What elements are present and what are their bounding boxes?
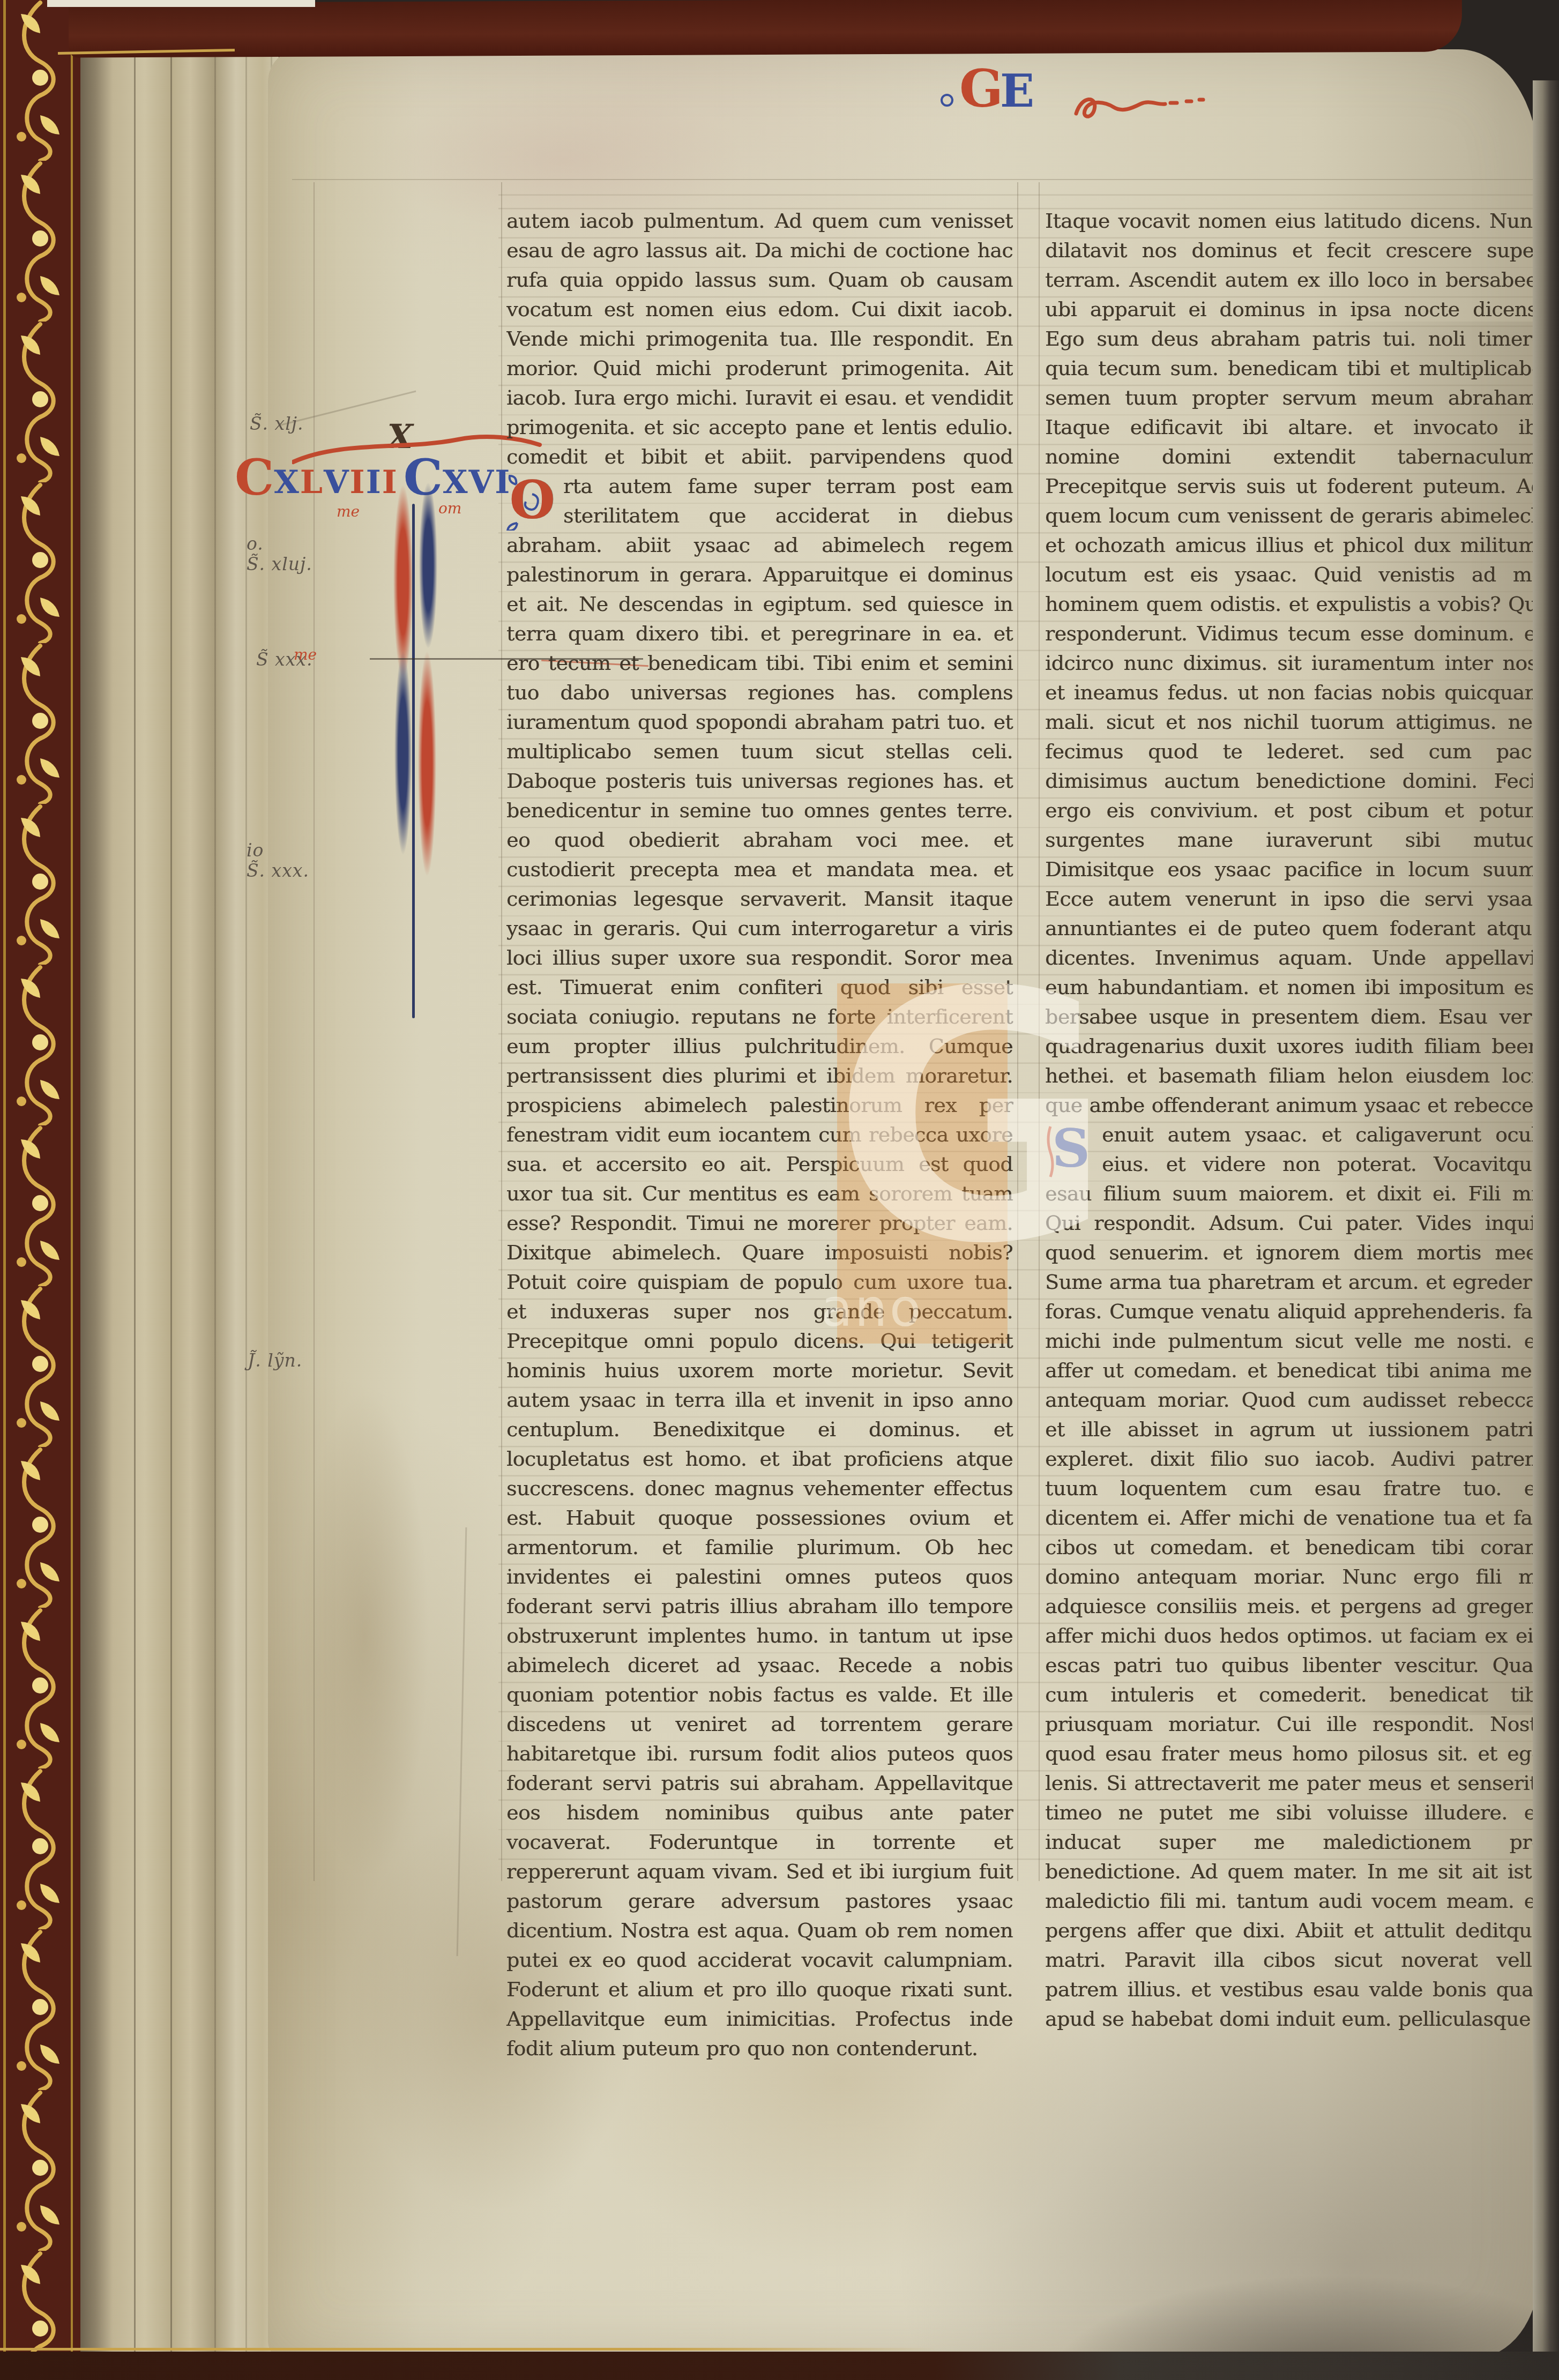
running-title-letter-e: E bbox=[1000, 63, 1034, 119]
numeral-letter: V bbox=[469, 466, 495, 498]
watermark-small-text: ano bbox=[821, 1278, 923, 1338]
chapter-numerals: CXLVIIICXVI bbox=[235, 457, 511, 498]
parchment-stain bbox=[279, 1313, 450, 1956]
chapter-initial-O: O bbox=[506, 474, 558, 531]
pen-flourish-blue bbox=[394, 651, 412, 855]
margin-note-line: J̃. lỹn. bbox=[248, 1351, 302, 1371]
binding-leather-edge bbox=[0, 0, 81, 2380]
numeral-letter: L bbox=[300, 466, 324, 498]
page-fold-line bbox=[170, 0, 172, 2380]
numeral-letter: C bbox=[404, 457, 443, 498]
numeral-letter: I bbox=[350, 466, 366, 498]
margin-note-line: S̃. xluj. bbox=[247, 554, 312, 575]
red-scribble: me bbox=[294, 646, 317, 663]
margin-note-line: S̃. xxx. bbox=[247, 861, 309, 881]
top-cover-edge bbox=[69, 0, 1462, 58]
top-backdrop-sliver bbox=[47, 0, 315, 7]
numeral-letter: X bbox=[443, 466, 469, 498]
pen-flourish-blue bbox=[419, 482, 437, 648]
running-title-GE: G E bbox=[959, 63, 1034, 128]
red-scribble-path bbox=[1072, 80, 1233, 129]
page-fold-line bbox=[245, 0, 247, 2380]
margin-note-line: o. bbox=[247, 534, 312, 554]
quire-dot bbox=[941, 94, 953, 107]
numeral-letter: V bbox=[324, 466, 350, 498]
watermark-letter: G bbox=[832, 919, 1113, 1318]
fore-edge-pages bbox=[1533, 80, 1559, 2380]
gutter-page-edges bbox=[80, 0, 279, 2380]
margin-note: ioS̃. xxx. bbox=[247, 840, 309, 881]
numeral-letter: C bbox=[235, 457, 274, 498]
watermark: G ano bbox=[837, 983, 1008, 1344]
pen-flourish-red bbox=[393, 485, 413, 678]
margin-note: S̃. xlj. bbox=[250, 414, 303, 434]
numeral-group: CXVI bbox=[404, 457, 511, 498]
column-text-block: autem iacob pulmentum. Ad quem cum venis… bbox=[506, 206, 1013, 472]
numeral-group: CXLVIII bbox=[235, 457, 398, 498]
chapter-27-block: S enuit autem ysaac. et caligaverunt ocu… bbox=[1045, 1120, 1543, 2034]
numeral-letter: I bbox=[366, 466, 382, 498]
margin-note: J̃. lỹn. bbox=[248, 1351, 302, 1371]
scribble-annotation bbox=[1072, 80, 1233, 131]
margin-note-line: io bbox=[247, 840, 309, 861]
margin-note-line: S̃. xlj. bbox=[250, 414, 303, 434]
column-text-block: enuit autem ysaac. et caligaverunt oculi… bbox=[1045, 1123, 1543, 2031]
text-column-right: Itaque vocavit nomen eius latitudo dicen… bbox=[1045, 206, 1543, 2034]
numeral-letter: X bbox=[274, 466, 300, 498]
gold-tooling-pattern bbox=[0, 0, 81, 2380]
red-scribble: me bbox=[337, 503, 360, 520]
running-title-letter-g: G bbox=[959, 63, 1003, 115]
pen-flourish-red bbox=[418, 651, 436, 876]
page-fold-line bbox=[134, 0, 136, 2380]
ruling-line-top bbox=[292, 179, 1541, 180]
red-scribble: om bbox=[438, 499, 461, 517]
margin-note: o.S̃. xluj. bbox=[247, 534, 312, 575]
numeral-letter: I bbox=[382, 466, 398, 498]
bottom-gold-fillet bbox=[0, 2348, 938, 2351]
page-fold-line bbox=[214, 0, 216, 2380]
column-text-block: Itaque vocavit nomen eius latitudo dicen… bbox=[1045, 206, 1543, 1120]
bottom-page-shadow bbox=[991, 2224, 1559, 2380]
initial-pen-flourish bbox=[506, 474, 558, 531]
